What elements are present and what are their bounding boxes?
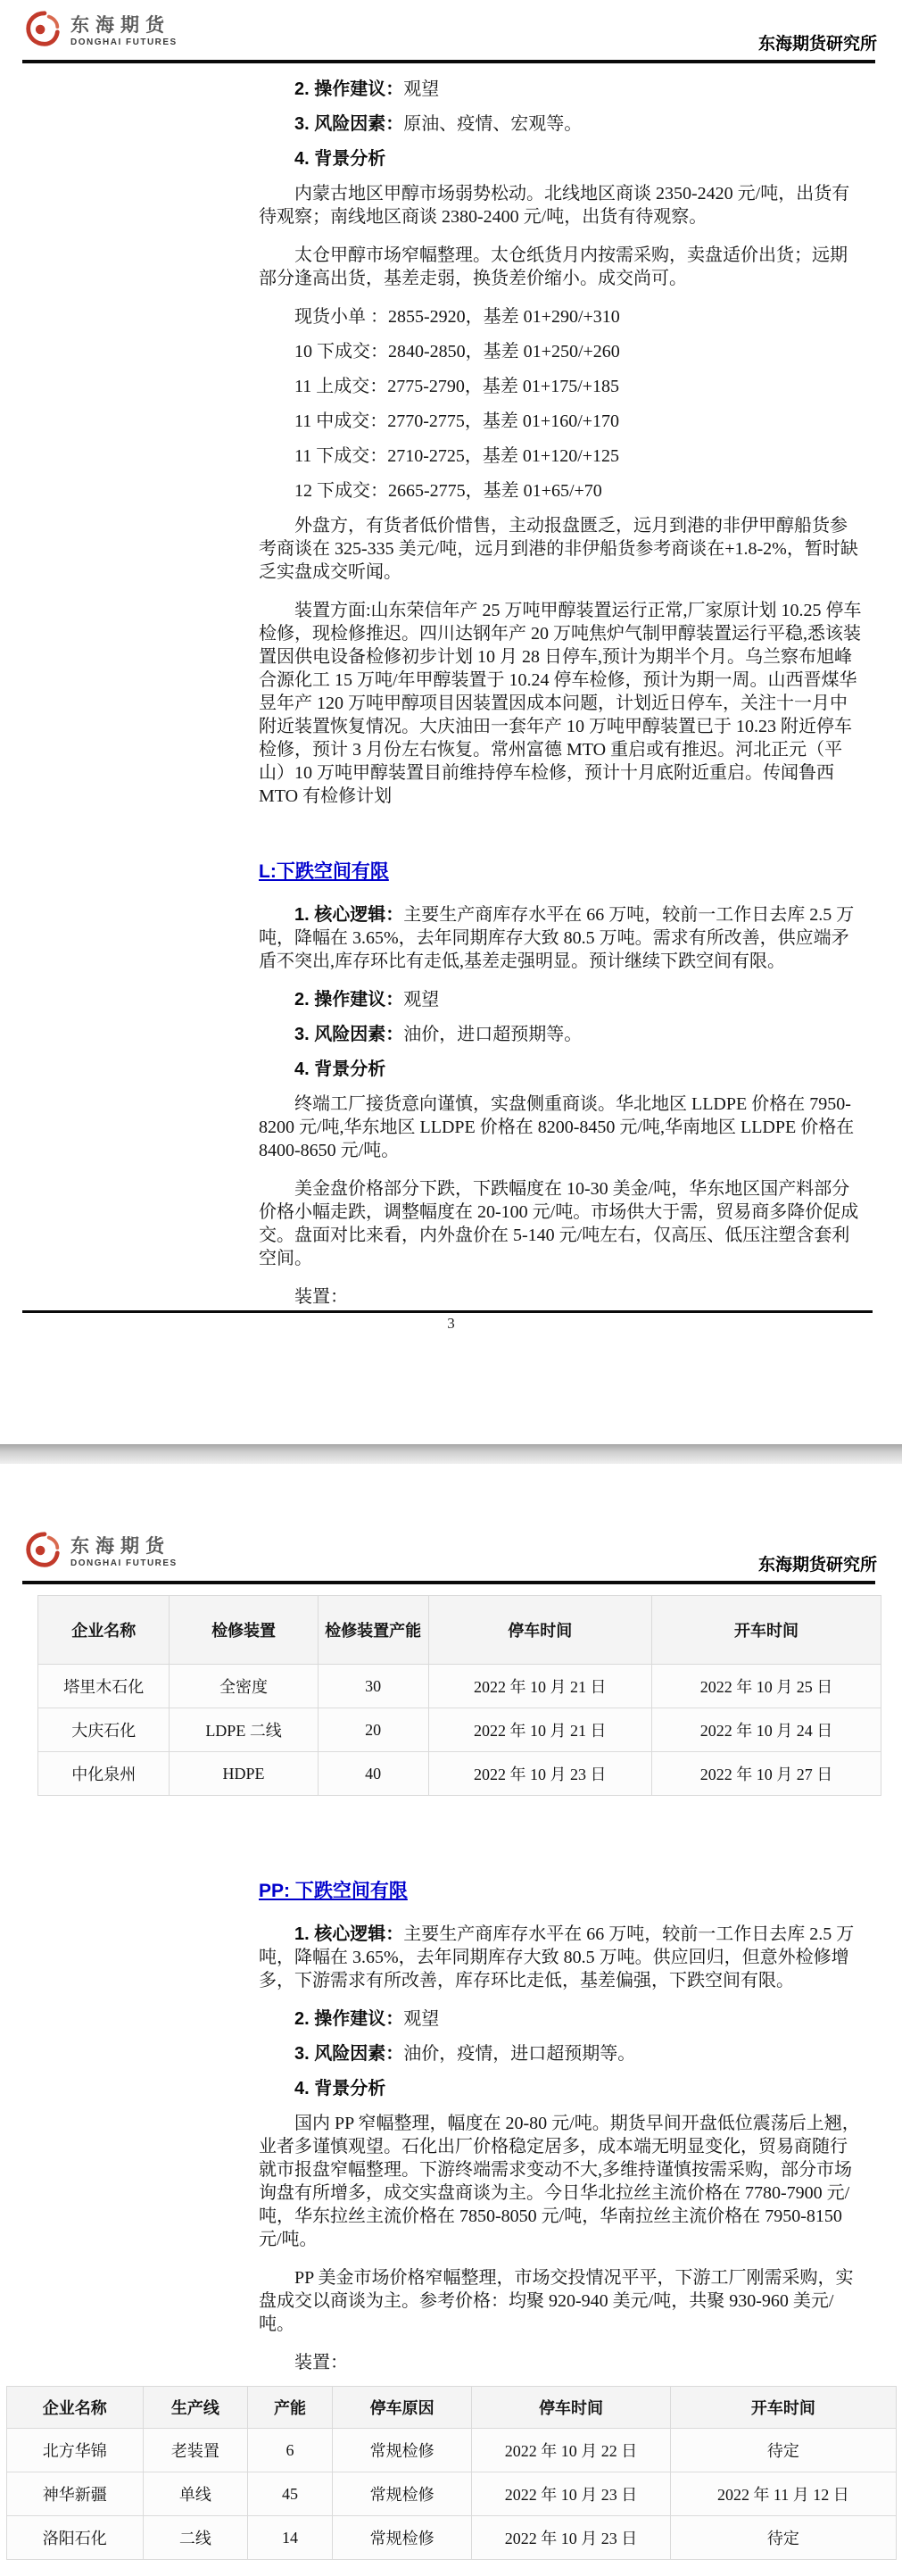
donghai-dragon-icon — [22, 9, 63, 54]
advice-item: 2. 操作建议：观望 — [259, 78, 865, 101]
report-page-4: 东海期货 DONGHAI FUTURES 东海期货研究所 企业名称 检修装置 检… — [0, 1464, 902, 2576]
table-cell: 神华新疆 — [7, 2472, 144, 2516]
table-cell: LDPE 二线 — [170, 1708, 318, 1752]
table-header-cell: 停车时间 — [428, 1596, 651, 1665]
page-header: 东海期货 DONGHAI FUTURES 东海期货研究所 — [0, 1464, 902, 1579]
paragraph: 国内 PP 窄幅整理，幅度在 20-80 元/吨。期货早间开盘低位震荡后上翘，业… — [259, 2112, 865, 2251]
advice-text: 观望 — [403, 79, 439, 99]
table-row: 塔里木石化 全密度 30 2022 年 10 月 21 日 2022 年 10 … — [38, 1665, 881, 1708]
table-row: 中化泉州 HDPE 40 2022 年 10 月 23 日 2022 年 10 … — [38, 1752, 881, 1796]
l-section-heading[interactable]: L:下跌空间有限 — [259, 860, 389, 884]
table-header-cell: 企业名称 — [7, 2387, 144, 2429]
quote-line: 11 中成交：2770-2775，基差 01+160/+170 — [259, 410, 865, 433]
table-header-cell: 停车时间 — [472, 2387, 670, 2429]
header-rule — [22, 1581, 875, 1584]
page-footer: 3 — [0, 1310, 902, 1333]
page-gap-separator — [0, 1444, 902, 1464]
table-cell: 2022 年 11 月 12 日 — [670, 2472, 896, 2516]
table-row: 洛阳石化 二线 14 常规检修 2022 年 10 月 23 日 待定 — [7, 2516, 897, 2560]
device-label: 装置： — [259, 1285, 865, 1309]
table-header-cell: 停车原因 — [332, 2387, 472, 2429]
background-label: 4. 背景分析 — [294, 1059, 385, 1079]
page4-content: PP: 下跌空间有限 1. 核心逻辑：主要生产商库存水平在 66 万吨，较前一工… — [0, 1796, 902, 2374]
device-label: 装置： — [259, 2351, 865, 2374]
table-cell: 2022 年 10 月 21 日 — [428, 1708, 651, 1752]
table-row: 大庆石化 LDPE 二线 20 2022 年 10 月 21 日 2022 年 … — [38, 1708, 881, 1752]
risk-label: 3. 风险因素： — [294, 2044, 403, 2064]
table-cell: 北方华锦 — [7, 2429, 144, 2472]
risk-text: 油价，疫情，进口超预期等。 — [403, 2044, 635, 2064]
table-cell: 常规检修 — [332, 2429, 472, 2472]
report-page-3: 东海期货 DONGHAI FUTURES 东海期货研究所 2. 操作建议：观望 … — [0, 0, 902, 1444]
footer-rule — [22, 1310, 873, 1313]
background-item: 4. 背景分析 — [259, 1058, 865, 1081]
table-header-cell: 检修装置 — [170, 1596, 318, 1665]
table-cell: 单线 — [143, 2472, 248, 2516]
risk-text: 油价，进口超预期等。 — [403, 1025, 582, 1044]
paragraph: 内蒙古地区甲醇市场弱势松动。北线地区商谈 2350-2420 元/吨，出货有待观… — [259, 182, 865, 229]
table-cell: 大庆石化 — [38, 1708, 170, 1752]
table-cell: 待定 — [670, 2516, 896, 2560]
paragraph: PP 美金市场价格窄幅整理，市场交投情况平平，下游工厂刚需采购，实盘成交以商谈为… — [259, 2266, 865, 2336]
donghai-dragon-icon — [22, 1530, 63, 1575]
research-institute-title: 东海期货研究所 — [758, 1551, 877, 1575]
table-cell: 中化泉州 — [38, 1752, 170, 1796]
quote-line: 11 下成交：2710-2725，基差 01+120/+125 — [259, 445, 865, 468]
brand-logo: 东海期货 DONGHAI FUTURES — [22, 9, 178, 54]
quote-line: 10 下成交：2840-2850，基差 01+250/+260 — [259, 340, 865, 363]
paragraph: 美金盘价格部分下跌，下跌幅度在 10-30 美金/吨，华东地区国产料部分价格小幅… — [259, 1177, 865, 1270]
background-label: 4. 背景分析 — [294, 2079, 385, 2098]
table-header-cell: 开车时间 — [670, 2387, 896, 2429]
risk-item: 3. 风险因素：原油、疫情、宏观等。 — [259, 112, 865, 136]
table-cell: 2022 年 10 月 27 日 — [651, 1752, 881, 1796]
brand-logo: 东海期货 DONGHAI FUTURES — [22, 1530, 178, 1575]
table-header-cell: 检修装置产能 — [318, 1596, 428, 1665]
table-cell: 常规检修 — [332, 2516, 472, 2560]
risk-label: 3. 风险因素： — [294, 114, 403, 134]
logo-en-text: DONGHAI FUTURES — [70, 1559, 178, 1569]
risk-text: 原油、疫情、宏观等。 — [403, 114, 582, 134]
table-cell: 30 — [318, 1665, 428, 1708]
table-header-cell: 生产线 — [143, 2387, 248, 2429]
table-header-cell: 产能 — [248, 2387, 333, 2429]
advice-label: 2. 操作建议： — [294, 990, 403, 1010]
table-header-cell: 开车时间 — [651, 1596, 881, 1665]
logo-en-text: DONGHAI FUTURES — [70, 38, 178, 48]
table-cell: 2022 年 10 月 24 日 — [651, 1708, 881, 1752]
table-cell: 2022 年 10 月 21 日 — [428, 1665, 651, 1708]
page3-content: 2. 操作建议：观望 3. 风险因素：原油、疫情、宏观等。 4. 背景分析 内蒙… — [0, 63, 902, 1309]
core-logic-item: 1. 核心逻辑：主要生产商库存水平在 66 万吨，较前一工作日去库 2.5 万吨… — [259, 903, 865, 973]
table-cell: 二线 — [143, 2516, 248, 2560]
background-item: 4. 背景分析 — [259, 147, 865, 170]
table-header-cell: 企业名称 — [38, 1596, 170, 1665]
advice-label: 2. 操作建议： — [294, 2009, 403, 2029]
quote-line: 现货小单 ：2855-2920，基差 01+290/+310 — [259, 305, 865, 328]
table-cell: 40 — [318, 1752, 428, 1796]
table-cell: 2022 年 10 月 23 日 — [428, 1752, 651, 1796]
page-number: 3 — [0, 1315, 902, 1333]
background-item: 4. 背景分析 — [259, 2077, 865, 2100]
table-cell: 待定 — [670, 2429, 896, 2472]
table-row: 神华新疆 单线 45 常规检修 2022 年 10 月 23 日 2022 年 … — [7, 2472, 897, 2516]
core-logic-item: 1. 核心逻辑：主要生产商库存水平在 66 万吨，较前一工作日去库 2.5 万吨… — [259, 1923, 865, 1992]
logo-cn-text: 东海期货 — [70, 1537, 178, 1557]
research-institute-title: 东海期货研究所 — [758, 30, 877, 54]
quote-line: 12 下成交：2665-2775，基差 01+65/+70 — [259, 479, 865, 503]
table-row: 北方华锦 老装置 6 常规检修 2022 年 10 月 22 日 待定 — [7, 2429, 897, 2472]
paragraph: 装置方面:山东荣信年产 25 万吨甲醇装置运行正常,厂家原计划 10.25 停车… — [259, 599, 865, 808]
core-logic-label: 1. 核心逻辑： — [294, 905, 403, 925]
advice-text: 观望 — [403, 2009, 439, 2029]
pp-section-heading[interactable]: PP: 下跌空间有限 — [259, 1880, 408, 1903]
table-cell: 2022 年 10 月 25 日 — [651, 1665, 881, 1708]
table-cell: 洛阳石化 — [7, 2516, 144, 2560]
table-cell: HDPE — [170, 1752, 318, 1796]
paragraph: 终端工厂接货意向谨慎，实盘侧重商谈。华北地区 LLDPE 价格在 7950-82… — [259, 1093, 865, 1162]
pp-maintenance-table: 企业名称 生产线 产能 停车原因 停车时间 开车时间 北方华锦 老装置 6 常规… — [6, 2386, 897, 2560]
background-label: 4. 背景分析 — [294, 149, 385, 169]
advice-text: 观望 — [403, 990, 439, 1010]
table-cell: 2022 年 10 月 22 日 — [472, 2429, 670, 2472]
table-cell: 2022 年 10 月 23 日 — [472, 2472, 670, 2516]
table-cell: 45 — [248, 2472, 333, 2516]
page-header: 东海期货 DONGHAI FUTURES 东海期货研究所 — [0, 0, 902, 58]
risk-item: 3. 风险因素：油价，疫情，进口超预期等。 — [259, 2042, 865, 2065]
paragraph: 外盘方，有货者低价惜售，主动报盘匮乏，远月到港的非伊甲醇船货参考商谈在 325-… — [259, 514, 865, 584]
quote-line: 11 上成交：2775-2790，基差 01+175/+185 — [259, 375, 865, 398]
table-header-row: 企业名称 生产线 产能 停车原因 停车时间 开车时间 — [7, 2387, 897, 2429]
risk-item: 3. 风险因素：油价，进口超预期等。 — [259, 1023, 865, 1046]
table-cell: 老装置 — [143, 2429, 248, 2472]
table-cell: 全密度 — [170, 1665, 318, 1708]
table-cell: 塔里木石化 — [38, 1665, 170, 1708]
risk-label: 3. 风险因素： — [294, 1025, 403, 1044]
document-canvas: 东海期货 DONGHAI FUTURES 东海期货研究所 2. 操作建议：观望 … — [0, 0, 902, 2576]
table-cell: 2022 年 10 月 23 日 — [472, 2516, 670, 2560]
pe-maintenance-table: 企业名称 检修装置 检修装置产能 停车时间 开车时间 塔里木石化 全密度 30 … — [37, 1595, 881, 1796]
advice-item: 2. 操作建议：观望 — [259, 988, 865, 1011]
table-cell: 常规检修 — [332, 2472, 472, 2516]
advice-item: 2. 操作建议：观望 — [259, 2007, 865, 2031]
table-cell: 14 — [248, 2516, 333, 2560]
table-header-row: 企业名称 检修装置 检修装置产能 停车时间 开车时间 — [38, 1596, 881, 1665]
core-logic-label: 1. 核心逻辑： — [294, 1924, 403, 1944]
logo-cn-text: 东海期货 — [70, 16, 178, 36]
paragraph: 太仓甲醇市场窄幅整理。太仓纸货月内按需采购，卖盘适价出货；远期部分逢高出货，基差… — [259, 244, 865, 290]
advice-label: 2. 操作建议： — [294, 79, 403, 99]
table-cell: 6 — [248, 2429, 333, 2472]
table-cell: 20 — [318, 1708, 428, 1752]
